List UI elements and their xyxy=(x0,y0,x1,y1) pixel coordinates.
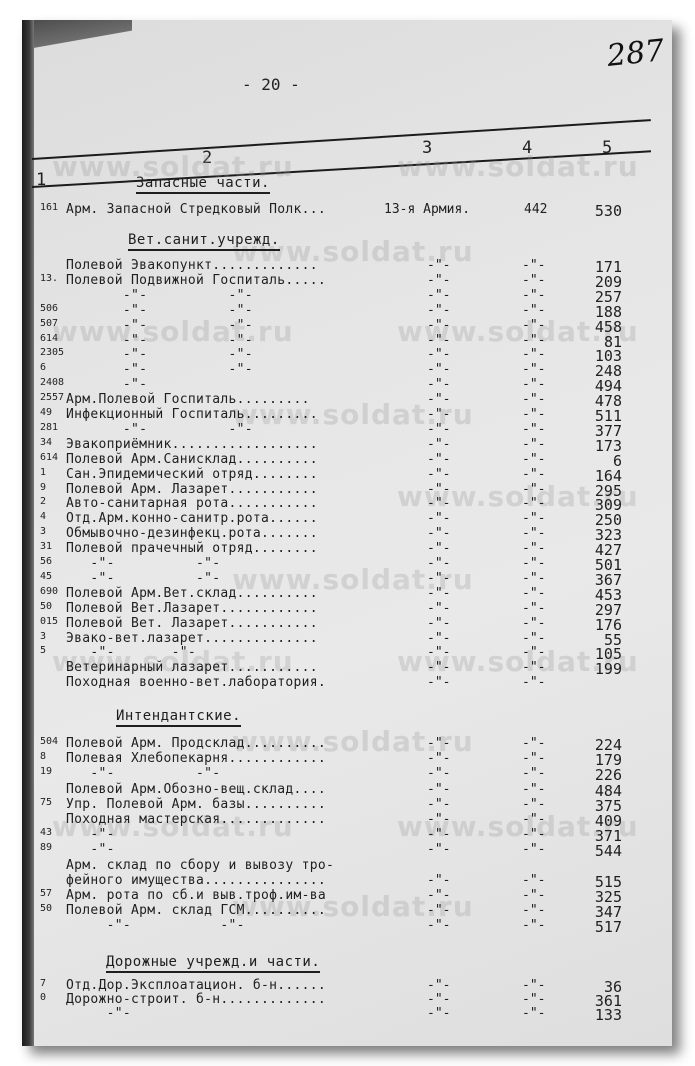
margin-number: 614 xyxy=(40,333,58,344)
margin-number: 690 xyxy=(40,586,58,597)
col4-cell: -"- xyxy=(522,318,545,333)
margin-number: 75 xyxy=(40,797,52,808)
table-row: Полевой Арм.Обозно-вещ.склад....-"--"-48… xyxy=(22,782,672,797)
army-cell: -"- xyxy=(427,496,450,511)
margin-number: 7 xyxy=(40,978,46,989)
margin-number: 50 xyxy=(40,601,52,612)
army-cell: -"- xyxy=(427,751,450,766)
table-row: 506 -"- -"--"--"-188 xyxy=(22,303,672,318)
army-cell: -"- xyxy=(427,333,450,348)
col4-cell: -"- xyxy=(522,812,545,827)
header-rule-top xyxy=(32,119,651,160)
unit-name: Полевая Хлебопекарня............ xyxy=(66,751,326,766)
column-header-4: 4 xyxy=(522,138,532,158)
army-cell: -"- xyxy=(427,903,450,918)
army-cell: -"- xyxy=(427,541,450,556)
unit-name: фейного имущества............... xyxy=(66,873,326,888)
unit-name: -"- -"- xyxy=(66,645,196,660)
col4-cell: -"- xyxy=(522,556,545,571)
army-cell: -"- xyxy=(427,422,450,437)
unit-name: Полевой Арм.Вет.склад.......... xyxy=(66,586,318,601)
unit-name: Отд.Арм.конно-санитр.рота...... xyxy=(66,511,318,526)
unit-name: Арм.Полевой Госпиталь......... xyxy=(66,392,310,407)
unit-name: Эвакоприёмник.................. xyxy=(66,437,318,452)
army-cell: -"- xyxy=(427,362,450,377)
unit-name: Обмывочно-дезинфекц.рота....... xyxy=(66,526,318,541)
army-cell: -"- xyxy=(427,842,450,857)
army-cell: -"- xyxy=(427,571,450,586)
army-cell: -"- xyxy=(427,407,450,422)
table-row: 015Полевой Вет. Лазарет...........-"--"-… xyxy=(22,616,672,631)
army-cell: -"- xyxy=(427,918,450,933)
unit-name: Полевой Арм. Продсклад.......... xyxy=(66,736,326,751)
army-cell: 13-я Армия. xyxy=(384,202,470,217)
army-cell: -"- xyxy=(427,303,450,318)
col4-cell: -"- xyxy=(522,303,545,318)
col5-cell: 530 xyxy=(574,202,622,220)
margin-number: 281 xyxy=(40,422,58,433)
margin-number: 9 xyxy=(40,482,46,493)
col4-cell: -"- xyxy=(522,571,545,586)
table-row: 507 -"- -"--"--"-458 xyxy=(22,318,672,333)
army-cell: -"- xyxy=(427,827,450,842)
col4-cell: -"- xyxy=(522,675,545,690)
table-row: 9Полевой Арм. Лазарет...........-"--"-29… xyxy=(22,482,672,497)
col4-cell: -"- xyxy=(522,273,545,288)
margin-number: 89 xyxy=(40,842,52,853)
header-rule-bottom xyxy=(32,150,651,188)
col4-cell: -"- xyxy=(522,660,545,675)
army-cell: -"- xyxy=(427,601,450,616)
army-cell: -"- xyxy=(427,347,450,362)
margin-number: 3 xyxy=(40,631,46,642)
table-row: 3Обмывочно-дезинфекц.рота.......-"--"-32… xyxy=(22,526,672,541)
typed-page-number: - 20 - xyxy=(242,75,300,94)
column-header-5: 5 xyxy=(602,138,612,158)
table-row: 3Эвако-вет.лазарет..............-"--"-55 xyxy=(22,631,672,646)
unit-name: -"- -"- xyxy=(66,333,253,348)
margin-number: 13. xyxy=(40,273,58,284)
unit-name: -"- -"- xyxy=(66,766,220,781)
unit-name: Полевой Арм.Обозно-вещ.склад.... xyxy=(66,782,326,797)
army-cell: -"- xyxy=(427,511,450,526)
col4-cell: -"- xyxy=(522,526,545,541)
army-cell: -"- xyxy=(427,675,450,690)
unit-name: Упр. Полевой Арм. базы.......... xyxy=(66,797,326,812)
unit-name: -"- -"- xyxy=(66,918,245,933)
table-row: 6 -"- -"--"--"-248 xyxy=(22,362,672,377)
table-row: 50Полевой Вет.Лазарет............-"--"-2… xyxy=(22,601,672,616)
table-row: 31Полевой прачечный отряд........-"--"-4… xyxy=(22,541,672,556)
army-cell: -"- xyxy=(427,586,450,601)
col4-cell: -"- xyxy=(522,467,545,482)
table-row: 161 Арм. Запасной Стредковый Полк... 13-… xyxy=(22,202,672,217)
col4-cell: 442 xyxy=(524,202,547,217)
army-cell: -"- xyxy=(427,1006,450,1021)
col4-cell: -"- xyxy=(522,496,545,511)
margin-number: 31 xyxy=(40,541,52,552)
army-cell: -"- xyxy=(427,782,450,797)
army-cell: -"- xyxy=(427,631,450,646)
col4-cell: -"- xyxy=(522,842,545,857)
table-row: -"--"--"-133 xyxy=(22,1006,672,1021)
army-cell: -"- xyxy=(427,660,450,675)
margin-number: 8 xyxy=(40,751,46,762)
table-row: 2557Арм.Полевой Госпиталь.........-"--"-… xyxy=(22,392,672,407)
col4-cell: -"- xyxy=(522,586,545,601)
army-cell: -"- xyxy=(427,978,450,993)
unit-name: -"- -"- xyxy=(66,571,220,586)
col4-cell: -"- xyxy=(522,736,545,751)
col4-cell: -"- xyxy=(522,827,545,842)
unit-name: Полевой Вет.Лазарет............ xyxy=(66,601,318,616)
col4-cell: -"- xyxy=(522,258,545,273)
army-cell: -"- xyxy=(427,992,450,1007)
unit-name: -"- xyxy=(66,377,147,392)
unit-name: Инфекционный Госпиталь......... xyxy=(66,407,318,422)
col4-cell: -"- xyxy=(522,631,545,646)
col4-cell: -"- xyxy=(522,288,545,303)
margin-number: 2408 xyxy=(40,377,64,388)
table-row: 281 -"- -"--"--"-377 xyxy=(22,422,672,437)
col4-cell: -"- xyxy=(522,645,545,660)
col4-cell: -"- xyxy=(522,797,545,812)
col4-cell: -"- xyxy=(522,422,545,437)
margin-number: 57 xyxy=(40,888,52,899)
section-title-road-units: Дорожные учрежд.и части. xyxy=(106,954,320,973)
table-row: 56 -"- -"--"--"-501 xyxy=(22,556,672,571)
margin-number: 43 xyxy=(40,827,52,838)
col4-cell: -"- xyxy=(522,511,545,526)
margin-number: 2305 xyxy=(40,347,64,358)
col4-cell: -"- xyxy=(522,392,545,407)
army-cell: -"- xyxy=(427,556,450,571)
unit-name: -"- -"- xyxy=(66,288,253,303)
unit-name: Отд.Дор.Эксплоатацион. б-н...... xyxy=(66,978,326,993)
table-row: Арм. склад по сбору и вывозу тро- xyxy=(22,858,672,873)
col4-cell: -"- xyxy=(522,888,545,903)
col4-cell: -"- xyxy=(522,407,545,422)
col4-cell: -"- xyxy=(522,978,545,993)
army-cell: -"- xyxy=(427,482,450,497)
margin-number: 2557 xyxy=(40,392,64,403)
table-row: 50Полевой Арм. склад ГСМ..........-"--"-… xyxy=(22,903,672,918)
army-cell: -"- xyxy=(427,526,450,541)
col5-cell: 133 xyxy=(574,1006,622,1024)
army-cell: -"- xyxy=(427,645,450,660)
margin-number: 5 xyxy=(40,645,46,656)
table-row: Походная военно-вет.лаборатория.-"--"- xyxy=(22,675,672,690)
col4-cell: -"- xyxy=(522,918,545,933)
col4-cell: -"- xyxy=(522,616,545,631)
army-cell: -"- xyxy=(427,736,450,751)
table-row: 49Инфекционный Госпиталь.........-"--"-5… xyxy=(22,407,672,422)
col4-cell: -"- xyxy=(522,766,545,781)
army-cell: -"- xyxy=(427,873,450,888)
col4-cell: -"- xyxy=(522,1006,545,1021)
unit-name: Полевой Арм. Лазарет........... xyxy=(66,482,318,497)
unit-name: Полевой Арм.Санисклад.......... xyxy=(66,452,318,467)
army-cell: -"- xyxy=(427,318,450,333)
unit-name: Полевой Эвакопункт............. xyxy=(66,258,318,273)
column-header-1: 1 xyxy=(36,170,46,190)
army-cell: -"- xyxy=(427,766,450,781)
unit-name: -"- xyxy=(66,842,115,857)
unit-name: Авто-санитарная рота........... xyxy=(66,496,318,511)
col4-cell: -"- xyxy=(522,362,545,377)
table-row: 690Полевой Арм.Вет.склад..........-"--"-… xyxy=(22,586,672,601)
table-row: 504Полевой Арм. Продсклад..........-"--"… xyxy=(22,736,672,751)
table-row: 43 -"--"--"-371 xyxy=(22,827,672,842)
col4-cell: -"- xyxy=(522,482,545,497)
unit-name: Сан.Эпидемический отряд........ xyxy=(66,467,318,482)
table-row: 8Полевая Хлебопекарня............-"--"-1… xyxy=(22,751,672,766)
unit-name: -"- -"- xyxy=(66,347,253,362)
table-row: 0Дорожно-строит. б-н.............-"--"-3… xyxy=(22,992,672,1007)
unit-name: Ветеринарный лазарет........... xyxy=(66,660,318,675)
section-title-vet-sanitary: Вет.санит.учрежд. xyxy=(128,232,280,251)
army-cell: -"- xyxy=(427,812,450,827)
table-row: 7Отд.Дор.Эксплоатацион. б-н......-"--"-3… xyxy=(22,978,672,993)
col4-cell: -"- xyxy=(522,992,545,1007)
col4-cell: -"- xyxy=(522,452,545,467)
table-row: 19 -"- -"--"--"-226 xyxy=(22,766,672,781)
col4-cell: -"- xyxy=(522,437,545,452)
col4-cell: -"- xyxy=(522,782,545,797)
section-title-reserve-units: Запасные части. xyxy=(136,175,270,194)
margin-number: 49 xyxy=(40,407,52,418)
unit-name: -"- -"- xyxy=(66,556,220,571)
table-row: 5 -"- -"--"--"-105 xyxy=(22,645,672,660)
unit-name: -"- xyxy=(66,1006,131,1021)
table-row: 614Полевой Арм.Санисклад..........-"--"-… xyxy=(22,452,672,467)
army-cell: -"- xyxy=(427,888,450,903)
section-title-quartermaster: Интендантские. xyxy=(116,708,241,727)
unit-name: Полевой Арм. склад ГСМ.......... xyxy=(66,903,326,918)
col4-cell: -"- xyxy=(522,541,545,556)
table-row: 1Сан.Эпидемический отряд........-"--"-16… xyxy=(22,467,672,482)
army-cell: -"- xyxy=(427,288,450,303)
margin-number: 161 xyxy=(40,202,58,213)
margin-number: 507 xyxy=(40,318,58,329)
col5-cell: 517 xyxy=(574,918,622,936)
col4-cell: -"- xyxy=(522,377,545,392)
army-cell: -"- xyxy=(427,797,450,812)
col4-cell: -"- xyxy=(522,601,545,616)
unit-name: Полевой Вет. Лазарет........... xyxy=(66,616,318,631)
table-row: -"- -"--"--"-257 xyxy=(22,288,672,303)
margin-number: 506 xyxy=(40,303,58,314)
army-cell: -"- xyxy=(427,377,450,392)
margin-number: 34 xyxy=(40,437,52,448)
table-row: 75Упр. Полевой Арм. базы..........-"--"-… xyxy=(22,797,672,812)
margin-number: 19 xyxy=(40,766,52,777)
unit-name: Полевой прачечный отряд........ xyxy=(66,541,318,556)
margin-number: 2 xyxy=(40,496,46,507)
margin-number: 56 xyxy=(40,556,52,567)
unit-name: -"- -"- xyxy=(66,362,253,377)
table-row: 4Отд.Арм.конно-санитр.рота......-"--"-25… xyxy=(22,511,672,526)
margin-number: 614 xyxy=(40,452,58,463)
table-row: 89 -"--"--"-544 xyxy=(22,842,672,857)
table-row: 45 -"- -"--"--"-367 xyxy=(22,571,672,586)
margin-number: 1 xyxy=(40,467,46,478)
unit-name: -"- -"- xyxy=(66,318,253,333)
unit-name: -"- -"- xyxy=(66,422,253,437)
army-cell: -"- xyxy=(427,437,450,452)
table-row: 614 -"- -"--"--"-81 xyxy=(22,333,672,348)
army-cell: -"- xyxy=(427,452,450,467)
margin-number: 015 xyxy=(40,616,58,627)
unit-name: -"- xyxy=(66,827,115,842)
col4-cell: -"- xyxy=(522,873,545,888)
col4-cell: -"- xyxy=(522,903,545,918)
table-row: 2Авто-санитарная рота...........-"--"-30… xyxy=(22,496,672,511)
margin-number: 6 xyxy=(40,362,46,373)
table-row: Ветеринарный лазарет...........-"--"-199 xyxy=(22,660,672,675)
table-row: Полевой Эвакопункт.............-"--"-171 xyxy=(22,258,672,273)
document-page: 287 - 20 - 1 2 3 4 5 www.soldat.ru www.s… xyxy=(22,20,672,1046)
margin-number: 50 xyxy=(40,903,52,914)
margin-number: 3 xyxy=(40,526,46,537)
table-row: 2408 -"--"--"-494 xyxy=(22,377,672,392)
table-row: 34Эвакоприёмник..................-"--"-1… xyxy=(22,437,672,452)
table-row: фейного имущества...............-"--"-51… xyxy=(22,873,672,888)
margin-number: 504 xyxy=(40,736,58,747)
army-cell: -"- xyxy=(427,616,450,631)
army-cell: -"- xyxy=(427,467,450,482)
col4-cell: -"- xyxy=(522,333,545,348)
unit-name: Арм. склад по сбору и вывозу тро- xyxy=(66,858,334,873)
margin-number: 0 xyxy=(40,992,46,1003)
table-row: 13.Полевой Подвижной Госпиталь.....-"--"… xyxy=(22,273,672,288)
unit-name: Эвако-вет.лазарет.............. xyxy=(66,631,318,646)
unit-name: -"- -"- xyxy=(66,303,253,318)
handwritten-page-number: 287 xyxy=(605,33,666,74)
folder-corner xyxy=(22,20,132,60)
margin-number: 4 xyxy=(40,511,46,522)
unit-name: Полевой Подвижной Госпиталь..... xyxy=(66,273,326,288)
column-header-3: 3 xyxy=(422,138,432,158)
table-row: -"- -"--"--"-517 xyxy=(22,918,672,933)
army-cell: -"- xyxy=(427,273,450,288)
unit-name: Арм. рота по сб.и выв.троф.им-ва xyxy=(66,888,326,903)
unit-name: Дорожно-строит. б-н............. xyxy=(66,992,326,1007)
margin-number: 45 xyxy=(40,571,52,582)
table-row: Походная мастерская.............-"--"-40… xyxy=(22,812,672,827)
column-header-2: 2 xyxy=(202,148,212,168)
col4-cell: -"- xyxy=(522,347,545,362)
col4-cell: -"- xyxy=(522,751,545,766)
table-row: 2305 -"- -"--"--"-103 xyxy=(22,347,672,362)
army-cell: -"- xyxy=(427,392,450,407)
unit-name: Походная военно-вет.лаборатория. xyxy=(66,675,326,690)
unit-name: Походная мастерская............. xyxy=(66,812,326,827)
army-cell: -"- xyxy=(427,258,450,273)
table-row: 57Арм. рота по сб.и выв.троф.им-ва-"--"-… xyxy=(22,888,672,903)
unit-name: Арм. Запасной Стредковый Полк... xyxy=(66,202,326,217)
